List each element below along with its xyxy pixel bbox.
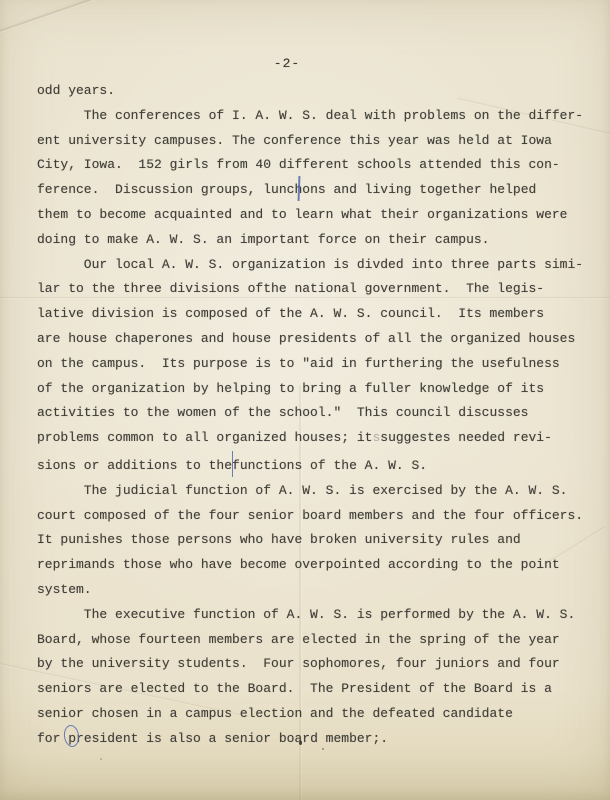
text-line: City, Iowa. 152 girls from 40 different …: [37, 153, 597, 178]
text-line: It punishes those persons who have broke…: [37, 528, 597, 553]
line-segment: ference. Discussion groups, lunc: [37, 182, 294, 197]
line-segment: suggestes needed revi-: [380, 430, 552, 445]
text-line: The conferences of I. A. W. S. deal with…: [37, 104, 597, 129]
text-line: lar to the three divisions ofthe nationa…: [37, 277, 597, 302]
text-line: ference. Discussion groups, lunchons and…: [37, 178, 597, 203]
text-line: The executive function of A. W. S. is pe…: [37, 603, 597, 628]
typewritten-text: odd years. The conferences of I. A. W. S…: [37, 79, 597, 752]
text-line: on the campus. Its purpose is to "aid in…: [37, 352, 597, 377]
text-line: reprimands those who have become overpoi…: [37, 553, 597, 578]
text-line: sions or additions to thefunctions of th…: [37, 451, 597, 479]
text-line: of the organization by helping to bring …: [37, 377, 597, 402]
ink-speck: [100, 758, 102, 760]
text-line: lative division is composed of the A. W.…: [37, 302, 597, 327]
text-line: Board, whose fourteen members are electe…: [37, 628, 597, 653]
paper-crease: [0, 0, 177, 36]
text-line: are house chaperones and house president…: [37, 327, 597, 352]
text-line: activities to the women of the school." …: [37, 401, 597, 426]
text-line: for president is also a senior board mem…: [37, 727, 597, 752]
text-line: seniors are elected to the Board. The Pr…: [37, 677, 597, 702]
text-line: them to become acquainted and to learn w…: [37, 203, 597, 228]
line-segment: problems common to all organized houses;…: [37, 430, 372, 445]
text-line: ent university campuses. The conference …: [37, 129, 597, 154]
text-line: problems common to all organized houses;…: [37, 426, 597, 451]
line-segment: sions or additions to the: [37, 458, 232, 473]
page-number: -2-: [0, 56, 574, 71]
text-line: system.: [37, 578, 597, 603]
text-line: court composed of the four senior board …: [37, 504, 597, 529]
pen-circle-mark: p: [68, 731, 76, 746]
line-segment: ons and living together helped: [302, 182, 536, 197]
text-line: odd years.: [37, 79, 597, 104]
text-line: Our local A. W. S. organization is divde…: [37, 253, 597, 278]
text-line: senior chosen in a campus election and t…: [37, 702, 597, 727]
line-segment: resident is also a senior board member;.: [76, 731, 388, 746]
pen-caret-mark: [232, 451, 233, 477]
text-line: The judicial function of A. W. S. is exe…: [37, 479, 597, 504]
line-segment: functions of the A. W. S.: [232, 458, 427, 473]
text-line: doing to make A. W. S. an important forc…: [37, 228, 597, 253]
pen-insertion-mark: h: [294, 182, 302, 197]
faint-overstrike-character: s: [372, 430, 380, 445]
text-line: by the university students. Four sophomo…: [37, 652, 597, 677]
document-page: -2- odd years. The conferences of I. A. …: [0, 0, 610, 800]
